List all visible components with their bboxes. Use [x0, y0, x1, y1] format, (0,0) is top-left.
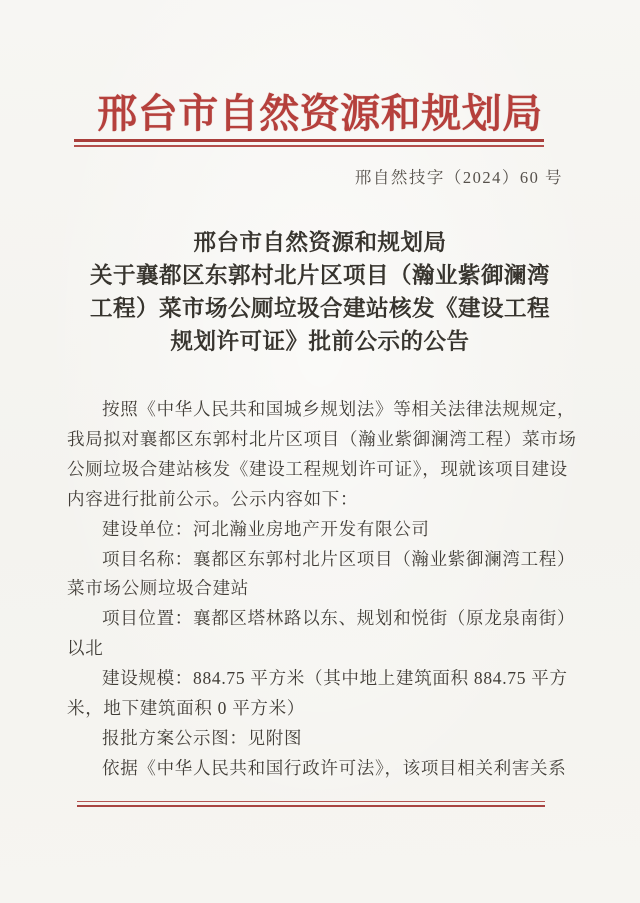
body-line-construction-scale: 建设规模：884.75 平方米（其中地上建筑面积 884.75 平方 — [67, 664, 562, 694]
body-line-project-location: 项目位置：襄都区塔林路以东、规划和悦街（原龙泉南街） — [67, 604, 562, 634]
body-line-construction-unit: 建设单位：河北瀚业房地产开发有限公司 — [67, 515, 562, 545]
body-line: 米，地下建筑面积 0 平方米） — [67, 694, 562, 724]
document-reference-number: 邢自然技字（2024）60 号 — [0, 164, 563, 188]
letterhead-double-rule — [74, 139, 544, 147]
agency-masthead-title: 邢台市自然资源和规划局 — [0, 82, 640, 139]
scanned-document-page: 邢台市自然资源和规划局 邢自然技字（2024）60 号 邢台市自然资源和规划局 … — [0, 0, 640, 903]
announcement-body: 按照《中华人民共和国城乡规划法》等相关法律法规规定， 我局拟对襄都区东郭村北片区… — [67, 395, 562, 784]
body-line-project-name: 项目名称：襄都区东郭村北片区项目（瀚业紫御澜湾工程） — [67, 545, 562, 575]
body-line: 我局拟对襄都区东郭村北片区项目（瀚业紫御澜湾工程）菜市场 — [67, 425, 562, 455]
body-line: 菜市场公厕垃圾合建站 — [67, 574, 562, 604]
announcement-title-line: 关于襄都区东郭村北片区项目（瀚业紫御澜湾 — [40, 259, 600, 292]
body-line: 公厕垃圾合建站核发《建设工程规划许可证》，现就该项目建设 — [67, 455, 562, 485]
body-line-legal-basis: 依据《中华人民共和国行政许可法》，该项目相关利害关系 — [67, 754, 562, 784]
announcement-title-line: 工程）菜市场公厕垃圾合建站核发《建设工程 — [40, 292, 600, 325]
announcement-title: 邢台市自然资源和规划局 关于襄都区东郭村北片区项目（瀚业紫御澜湾 工程）菜市场公… — [40, 226, 600, 358]
body-line: 按照《中华人民共和国城乡规划法》等相关法律法规规定， — [67, 395, 562, 425]
footer-double-rule — [77, 801, 545, 807]
announcement-title-line: 规划许可证》批前公示的公告 — [40, 325, 600, 358]
announcement-title-line: 邢台市自然资源和规划局 — [40, 226, 600, 259]
body-line: 以北 — [67, 634, 562, 664]
body-line: 内容进行批前公示。公示内容如下： — [67, 485, 562, 515]
body-line-plan-diagram: 报批方案公示图：见附图 — [67, 724, 562, 754]
